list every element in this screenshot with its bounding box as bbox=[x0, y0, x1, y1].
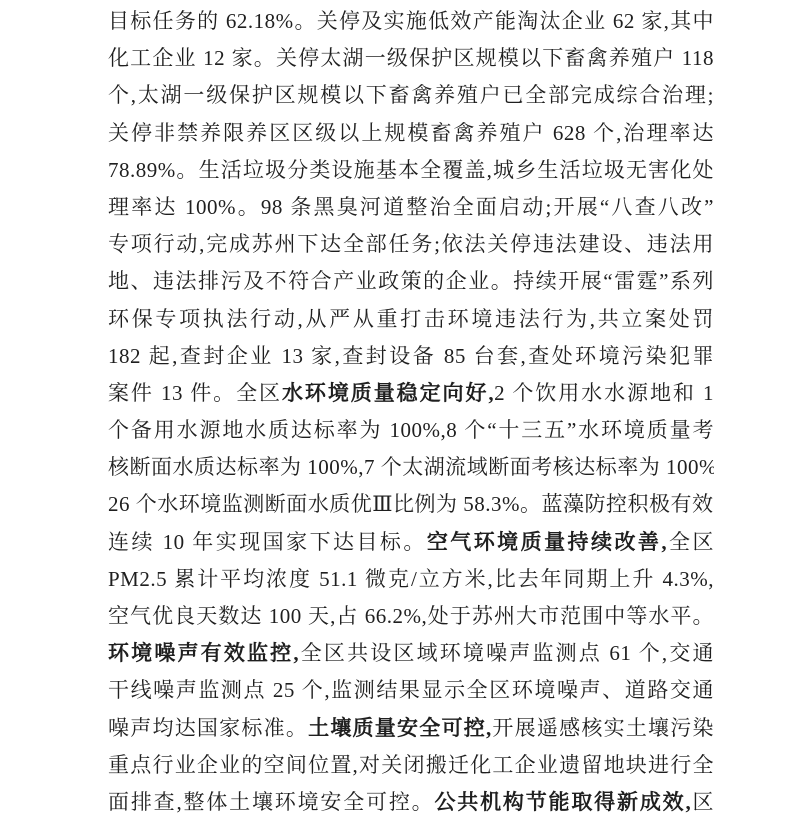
text-line: 核断面水质达标率为 100%,7 个太湖流域断面考核达标率为 100%, bbox=[108, 449, 714, 486]
bold-phrase: 空气环境质量持续改善, bbox=[427, 530, 667, 554]
text-line: 环境噪声有效监控,全区共设区域环境噪声监测点 61 个,交通 bbox=[108, 635, 714, 672]
text-line: 干线噪声监测点 25 个,监测结果显示全区环境噪声、道路交通 bbox=[108, 672, 714, 709]
document-page: 目标任务的 62.18%。关停及实施低效产能淘汰企业 62 家,其中化工企业 1… bbox=[0, 0, 793, 822]
text-line: 个,太湖一级保护区规模以下畜禽养殖户已全部完成综合治理; bbox=[108, 77, 714, 114]
text-segment: 2 个饮用水水源地和 1 bbox=[494, 381, 714, 405]
text-segment: 专项行动,完成苏州下达全部任务;依法关停违法建设、违法用 bbox=[108, 232, 714, 256]
text-segment: 核断面水质达标率为 100%,7 个太湖流域断面考核达标率为 100%, bbox=[108, 455, 714, 479]
text-line: PM2.5 累计平均浓度 51.1 微克/立方米,比去年同期上升 4.3%, bbox=[108, 561, 714, 598]
bold-phrase: 公共机构节能取得新成效, bbox=[434, 790, 691, 814]
text-line: 噪声均达国家标准。土壤质量安全可控,开展遥感核实土壤污染 bbox=[108, 710, 714, 747]
text-segment: 连续 10 年实现国家下达目标。 bbox=[108, 530, 427, 554]
text-line: 理率达 100%。98 条黑臭河道整治全面启动;开展“八查八改” bbox=[108, 189, 714, 226]
text-line: 案件 13 件。全区水环境质量稳定向好,2 个饮用水水源地和 1 bbox=[108, 375, 714, 412]
bold-phrase: 土壤质量安全可控, bbox=[308, 716, 492, 740]
text-segment: 理率达 100%。98 条黑臭河道整治全面启动;开展“八查八改” bbox=[108, 195, 714, 219]
text-line: 地、违法排污及不符合产业政策的企业。持续开展“雷霆”系列 bbox=[108, 263, 714, 300]
text-line: 重点行业企业的空间位置,对关闭搬迁化工企业遗留地块进行全 bbox=[108, 747, 714, 784]
text-segment: 噪声均达国家标准。 bbox=[108, 716, 308, 740]
text-line: 26 个水环境监测断面水质优Ⅲ比例为 58.3%。蓝藻防控积极有效, bbox=[108, 486, 714, 523]
text-segment: 空气优良天数达 100 天,占 66.2%,处于苏州大市范围中等水平。 bbox=[108, 604, 714, 628]
text-line: 化工企业 12 家。关停太湖一级保护区规模以下畜禽养殖户 118 bbox=[108, 40, 714, 77]
text-line: 182 起,查封企业 13 家,查封设备 85 台套,查处环境污染犯罪 bbox=[108, 338, 714, 375]
text-line: 目标任务的 62.18%。关停及实施低效产能淘汰企业 62 家,其中 bbox=[108, 3, 714, 40]
text-segment: 个备用水源地水质达标率为 100%,8 个“十三五”水环境质量考 bbox=[108, 418, 714, 442]
text-line: 专项行动,完成苏州下达全部任务;依法关停违法建设、违法用 bbox=[108, 226, 714, 263]
text-segment: 重点行业企业的空间位置,对关闭搬迁化工企业遗留地块进行全 bbox=[108, 753, 714, 777]
text-line: 关停非禁养限养区区级以上规模畜禽养殖户 628 个,治理率达 bbox=[108, 115, 714, 152]
text-segment: 面排查,整体土壤环境安全可控。 bbox=[108, 790, 434, 814]
text-segment: 26 个水环境监测断面水质优Ⅲ比例为 58.3%。蓝藻防控积极有效, bbox=[108, 492, 714, 516]
text-segment: 全区 bbox=[667, 530, 714, 554]
text-segment: 182 起,查封企业 13 家,查封设备 85 台套,查处环境污染犯罪 bbox=[108, 344, 714, 368]
text-segment: 全区共设区域环境噪声监测点 61 个,交通 bbox=[299, 641, 714, 665]
text-segment: 区 bbox=[691, 790, 714, 814]
text-segment: 开展遥感核实土壤污染 bbox=[492, 716, 714, 740]
text-line: 面排查,整体土壤环境安全可控。公共机构节能取得新成效,区 bbox=[108, 784, 714, 821]
text-segment: 个,太湖一级保护区规模以下畜禽养殖户已全部完成综合治理; bbox=[108, 83, 714, 107]
text-segment: 案件 13 件。全区 bbox=[108, 381, 282, 405]
text-segment: 地、违法排污及不符合产业政策的企业。持续开展“雷霆”系列 bbox=[108, 269, 714, 293]
text-segment: 环保专项执法行动,从严从重打击环境违法行为,共立案处罚 bbox=[108, 307, 714, 331]
text-segment: PM2.5 累计平均浓度 51.1 微克/立方米,比去年同期上升 4.3%, bbox=[108, 567, 714, 591]
text-line: 个备用水源地水质达标率为 100%,8 个“十三五”水环境质量考 bbox=[108, 412, 714, 449]
paragraph-body: 目标任务的 62.18%。关停及实施低效产能淘汰企业 62 家,其中化工企业 1… bbox=[108, 3, 714, 821]
bold-phrase: 水环境质量稳定向好, bbox=[282, 381, 494, 405]
text-line: 连续 10 年实现国家下达目标。空气环境质量持续改善,全区 bbox=[108, 524, 714, 561]
text-segment: 关停非禁养限养区区级以上规模畜禽养殖户 628 个,治理率达 bbox=[108, 121, 714, 145]
bold-phrase: 环境噪声有效监控, bbox=[108, 641, 299, 665]
text-line: 78.89%。生活垃圾分类设施基本全覆盖,城乡生活垃圾无害化处 bbox=[108, 152, 714, 189]
text-segment: 化工企业 12 家。关停太湖一级保护区规模以下畜禽养殖户 118 bbox=[108, 46, 714, 70]
text-segment: 目标任务的 62.18%。关停及实施低效产能淘汰企业 62 家,其中 bbox=[108, 9, 714, 33]
text-line: 环保专项执法行动,从严从重打击环境违法行为,共立案处罚 bbox=[108, 301, 714, 338]
text-segment: 78.89%。生活垃圾分类设施基本全覆盖,城乡生活垃圾无害化处 bbox=[108, 158, 714, 182]
text-line: 空气优良天数达 100 天,占 66.2%,处于苏州大市范围中等水平。 bbox=[108, 598, 714, 635]
text-segment: 干线噪声监测点 25 个,监测结果显示全区环境噪声、道路交通 bbox=[108, 678, 714, 702]
